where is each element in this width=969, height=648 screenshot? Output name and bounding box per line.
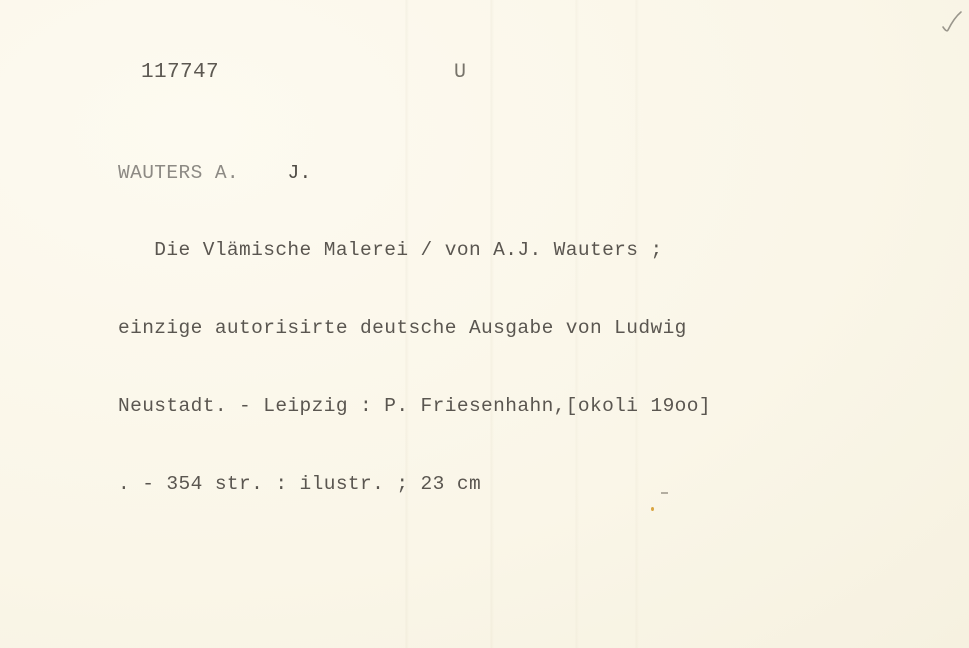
main-entry-heading: WAUTERS A. J.: [118, 160, 312, 186]
edition-statement-line: einzige autorisirte deutsche Ausgabe von…: [118, 315, 711, 341]
catalog-card: 117747 U WAUTERS A. J. Die Vlämische Mal…: [0, 0, 969, 648]
bibliographic-description: Die Vlämische Malerei / von A.J. Wauters…: [118, 185, 711, 549]
author-surname-initial: WAUTERS A.: [118, 162, 239, 184]
paper-speck: [651, 507, 654, 511]
pencil-dash-mark: [661, 492, 668, 494]
author-second-initial: J.: [287, 162, 311, 184]
publication-line: Neustadt. - Leipzig : P. Friesenhahn,[ok…: [118, 393, 711, 419]
physical-description-line: . - 354 str. : ilustr. ; 23 cm: [118, 471, 711, 497]
title-statement-line: Die Vlämische Malerei / von A.J. Wauters…: [118, 237, 711, 263]
location-mark: U: [454, 60, 466, 86]
accession-number: 117747: [141, 60, 219, 86]
checkmark-icon: [940, 10, 964, 36]
